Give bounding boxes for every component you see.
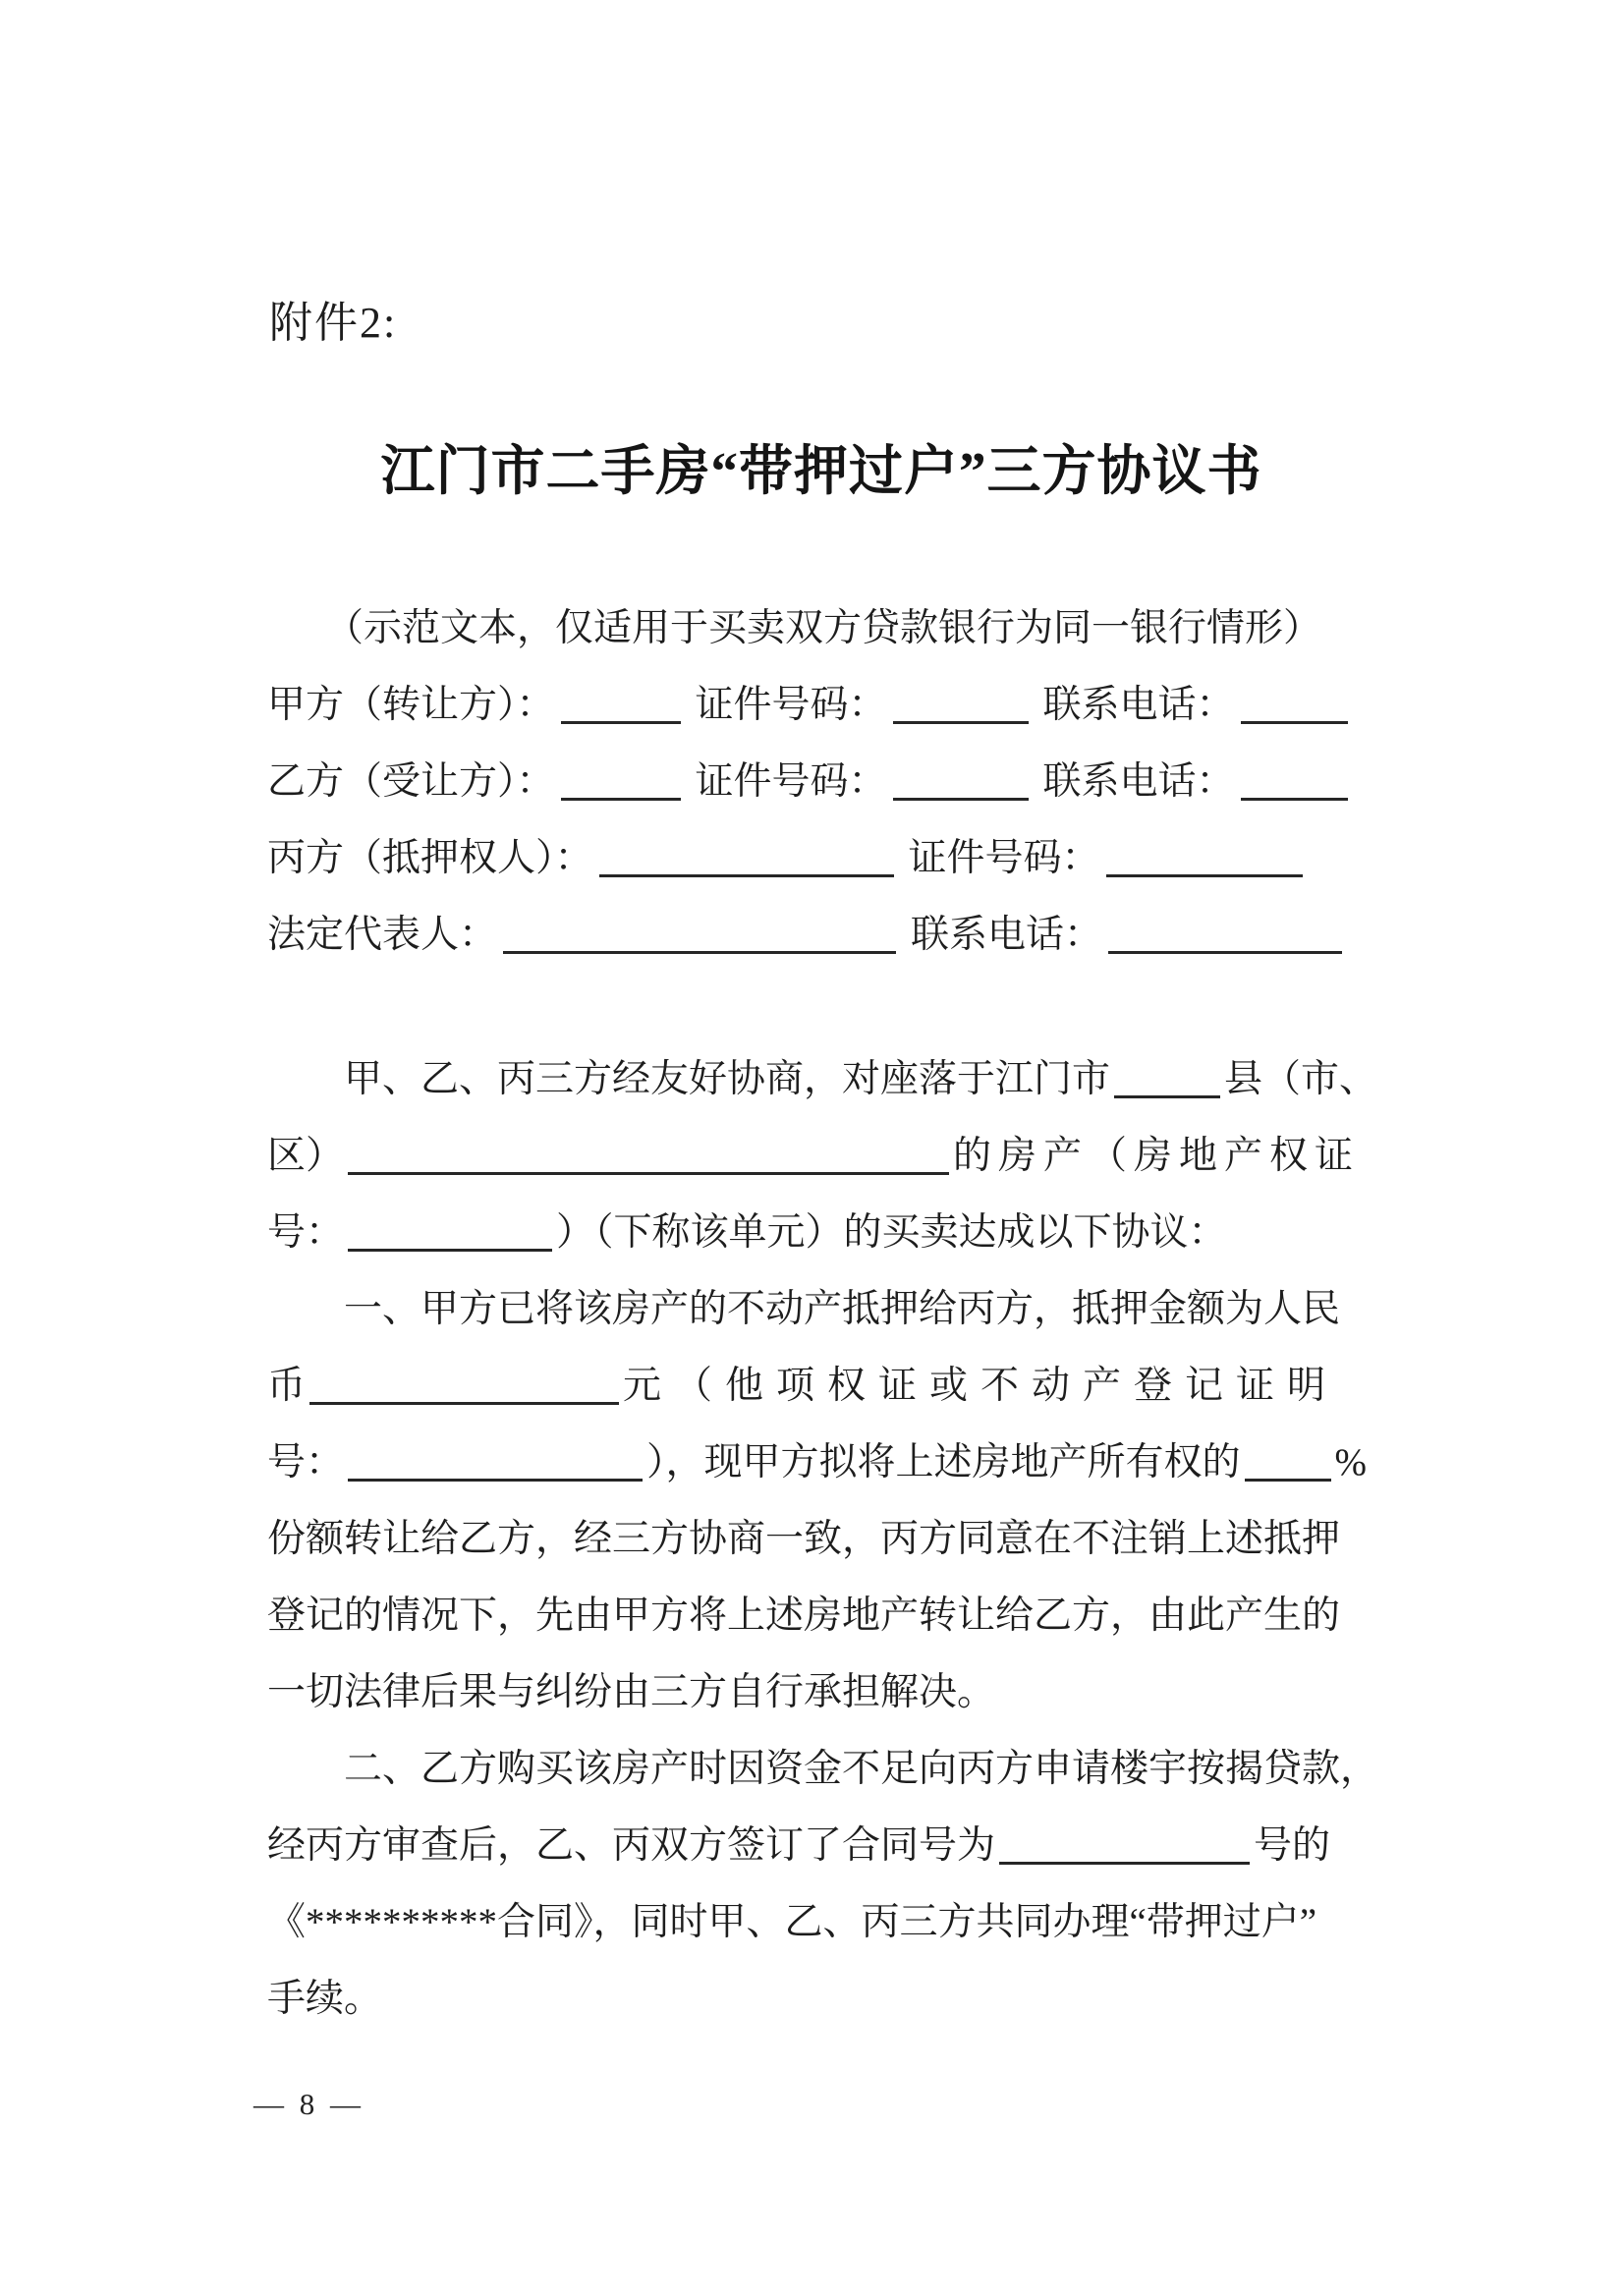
- text-run: 元（他项权证或不动产登记证明: [623, 1365, 1338, 1407]
- text-run: 证件号码：: [696, 760, 887, 803]
- text-run: 的房产（房地产权证: [953, 1135, 1360, 1177]
- text-line: 登记的情况下，先由甲方将上述房地产转让给乙方，由此产生的: [267, 1578, 1379, 1654]
- blank-underline: [1245, 1476, 1331, 1482]
- text-run: 证件号码：: [696, 684, 887, 726]
- text-line: 一、甲方已将该房产的不动产抵押给丙方，抵押金额为人民: [267, 1271, 1379, 1348]
- text-run: 区）: [267, 1135, 344, 1177]
- blank-underline: [599, 871, 894, 877]
- text-run: %: [1335, 1441, 1368, 1483]
- text-run: 法定代表人：: [267, 914, 497, 956]
- footer-page-number: — 8 —: [253, 2085, 364, 2124]
- text-run: 甲、乙、丙三方经友好协商，对座落于江门市: [344, 1058, 1110, 1100]
- text-run: 乙方（受让方）：: [267, 760, 555, 803]
- blank-underline: [999, 1859, 1250, 1865]
- text-line: 币元（他项权证或不动产登记证明: [267, 1348, 1379, 1425]
- text-run: 登记的情况下，先由甲方将上述房地产转让给乙方，由此产生的: [267, 1595, 1340, 1637]
- text-run: 份额转让给乙方，经三方协商一致，丙方同意在不注销上述抵押: [267, 1518, 1340, 1560]
- text-line: 二、乙方购买该房产时因资金不足向丙方申请楼宇按揭贷款，: [267, 1731, 1379, 1808]
- text-run: 联系电话：: [911, 914, 1102, 956]
- blank-underline: [1241, 795, 1348, 801]
- blank-underline: [561, 718, 681, 724]
- text-run: 号的: [1254, 1824, 1330, 1867]
- text-run: （示范文本，仅适用于买卖双方贷款银行为同一银行情形）: [325, 607, 1321, 649]
- text-run: 经丙方审查后，乙、丙双方签订了合同号为: [267, 1824, 995, 1867]
- blank-underline: [309, 1399, 619, 1405]
- blank-underline: [1114, 1092, 1220, 1098]
- blank-underline: [893, 718, 1029, 724]
- text-line: 经丙方审查后，乙、丙双方签订了合同号为号的: [267, 1808, 1379, 1884]
- text-run: 《**********合同》，同时甲、乙、丙三方共同办理“带押过户”: [267, 1901, 1316, 1943]
- blank-underline: [1106, 871, 1303, 877]
- text-line: （示范文本，仅适用于买卖双方贷款银行为同一银行情形）: [267, 590, 1379, 667]
- attachment-label: 附件2:: [269, 298, 397, 349]
- text-run: ）（下称该单元）的买卖达成以下协议：: [556, 1211, 1227, 1254]
- text-run: 丙方（抵押权人）：: [267, 837, 593, 879]
- text-line: 甲方（转让方）：证件号码：联系电话：: [267, 667, 1379, 744]
- text-run: 币: [267, 1365, 306, 1407]
- text-line: 份额转让给乙方，经三方协商一致，丙方同意在不注销上述抵押: [267, 1501, 1379, 1578]
- document-page: 附件2: 江门市二手房“带押过户”三方协议书 （示范文本，仅适用于买卖双方贷款银…: [0, 0, 1624, 2295]
- blank-underline: [348, 1246, 552, 1252]
- text-run: 联系电话：: [1043, 684, 1235, 726]
- text-line: 区）的房产（房地产权证: [267, 1118, 1379, 1195]
- text-run: 号：: [267, 1441, 344, 1483]
- text-line: 一切法律后果与纠纷由三方自行承担解决。: [267, 1654, 1379, 1731]
- text-run: 联系电话：: [1043, 760, 1235, 803]
- text-run: 证件号码：: [909, 837, 1100, 879]
- text-run: 手续。: [267, 1978, 382, 2020]
- blank-underline: [561, 795, 681, 801]
- text-line: 甲、乙、丙三方经友好协商，对座落于江门市县（市、: [267, 1041, 1379, 1118]
- text-line: 号：），现甲方拟将上述房地产所有权的%: [267, 1425, 1379, 1501]
- text-run: 甲方（转让方）：: [267, 684, 555, 726]
- agreement-body: （示范文本，仅适用于买卖双方贷款银行为同一银行情形）甲方（转让方）：证件号码：联…: [267, 590, 1379, 2038]
- text-run: 县（市、: [1224, 1058, 1377, 1100]
- text-line: 《**********合同》，同时甲、乙、丙三方共同办理“带押过户”: [267, 1884, 1379, 1961]
- text-line: 手续。: [267, 1961, 1379, 2038]
- text-run: ），现甲方拟将上述房地产所有权的: [646, 1441, 1241, 1483]
- text-line: 乙方（受让方）：证件号码：联系电话：: [267, 744, 1379, 820]
- blank-underline: [503, 948, 896, 954]
- text-run: 二、乙方购买该房产时因资金不足向丙方申请楼宇按揭贷款，: [344, 1748, 1378, 1790]
- text-line: 号：）（下称该单元）的买卖达成以下协议：: [267, 1195, 1379, 1271]
- text-run: 一切法律后果与纠纷由三方自行承担解决。: [267, 1671, 995, 1713]
- text-run: 一、甲方已将该房产的不动产抵押给丙方，抵押金额为人民: [344, 1288, 1340, 1330]
- blank-underline: [348, 1476, 643, 1482]
- page-title: 江门市二手房“带押过户”三方协议书: [267, 440, 1375, 503]
- text-run: 号：: [267, 1211, 344, 1254]
- text-line: 法定代表人：联系电话：: [267, 897, 1379, 974]
- blank-underline: [348, 1169, 949, 1175]
- blank-underline: [1108, 948, 1342, 954]
- blank-underline: [893, 795, 1029, 801]
- text-line: 丙方（抵押权人）：证件号码：: [267, 820, 1379, 897]
- blank-underline: [1241, 718, 1348, 724]
